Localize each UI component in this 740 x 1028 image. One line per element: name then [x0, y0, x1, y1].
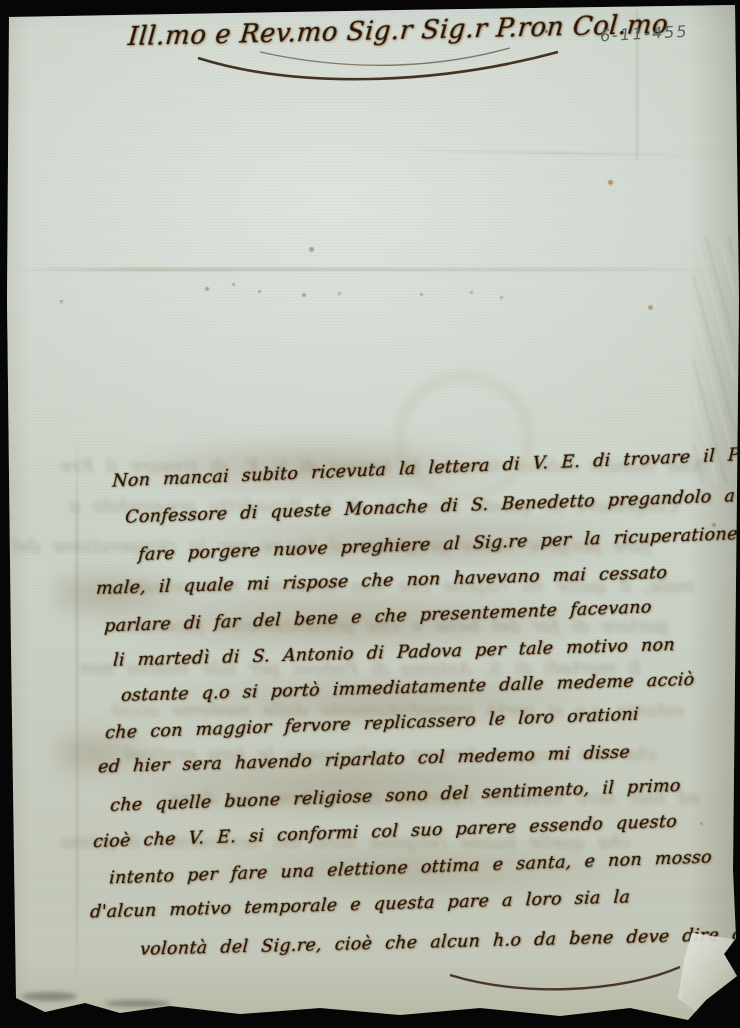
foxing-spot: [420, 293, 423, 296]
foxing-spot: [302, 293, 306, 297]
grime-smudge: [105, 1000, 170, 1007]
rust-spot: [608, 180, 613, 185]
foxing-spot: [258, 290, 261, 293]
fold-crease-horizontal: [12, 268, 728, 271]
rust-spot: [648, 305, 653, 310]
foxing-spot: [500, 296, 503, 299]
grime-smudge: [22, 992, 77, 1001]
closing-flourish: [440, 955, 690, 1000]
foxing-spot: [309, 247, 314, 252]
foxing-spot: [338, 292, 341, 295]
foxing-spot: [470, 291, 473, 294]
scan-background: { "page": { "background_color": "#060606…: [0, 0, 740, 1028]
foxing-spot: [232, 283, 235, 286]
foxing-spot: [60, 300, 63, 303]
foxing-spot: [205, 287, 209, 291]
letter-paper: Non mancai subito ricevuta la lettera di…: [0, 0, 740, 1028]
